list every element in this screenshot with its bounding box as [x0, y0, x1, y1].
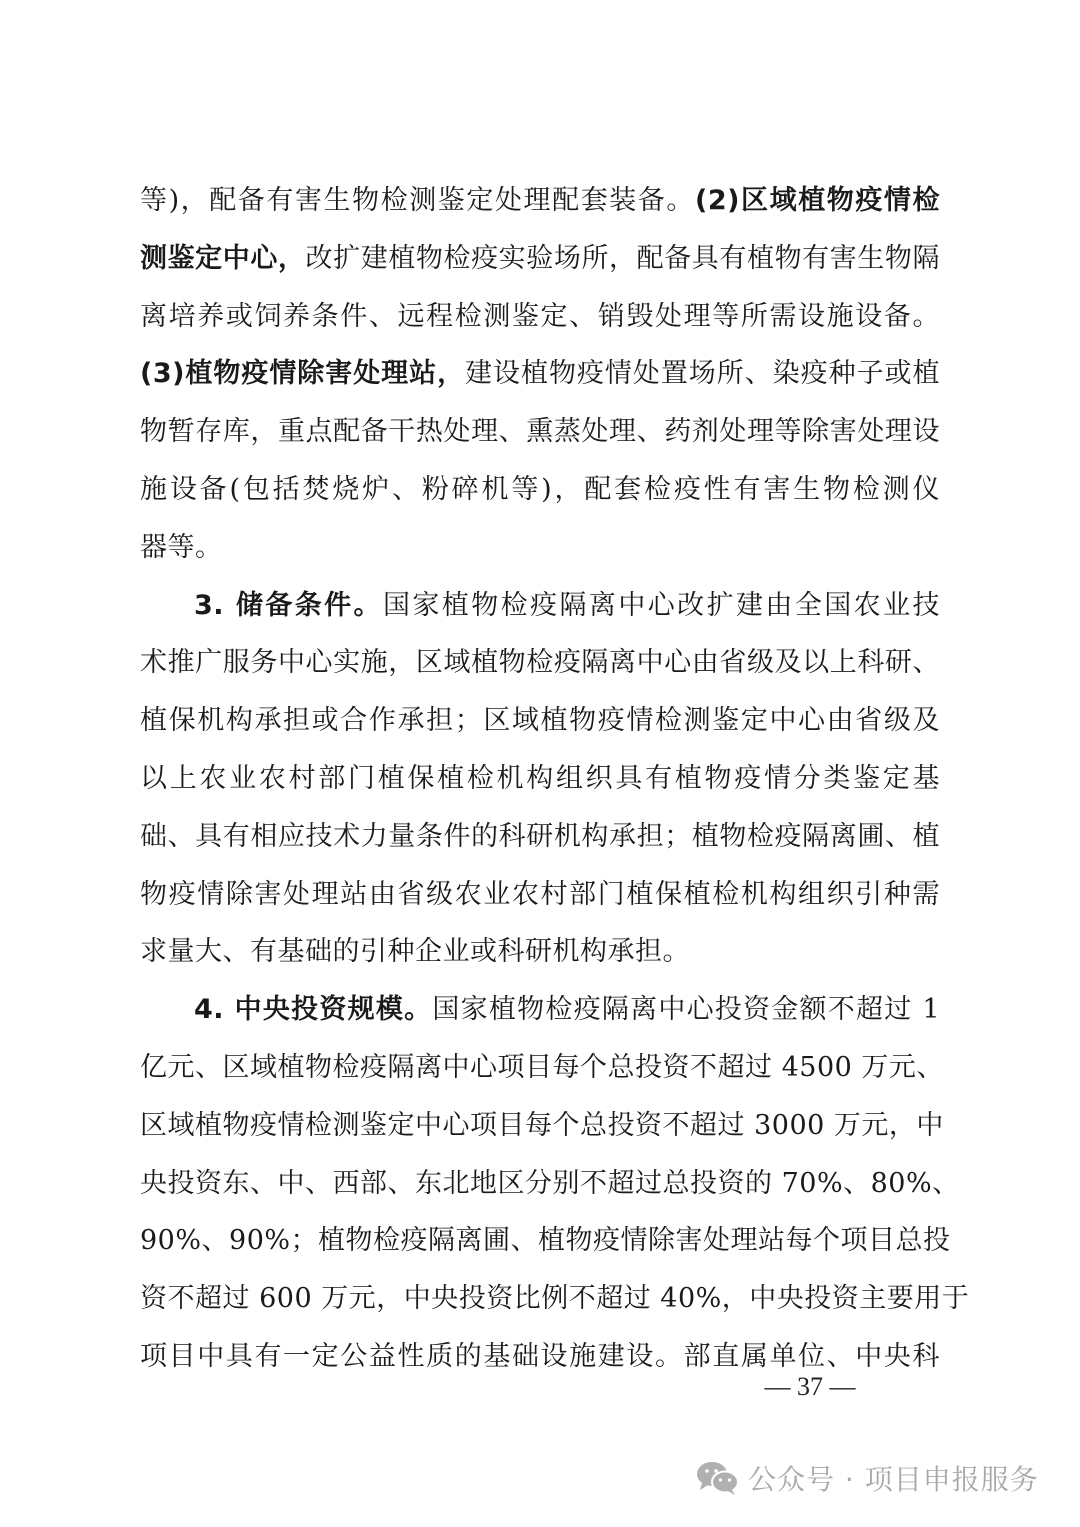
body-text: 离培养或饲养条件、远程检测鉴定、销毁处理等所需设施设备。 — [140, 301, 940, 332]
bold-heading-text: (3)植物疫情除害处理站， — [140, 358, 465, 389]
text-line: 术推广服务中心实施，区域植物检疫隔离中心由省级及以上科研、 — [140, 634, 940, 692]
body-text: 等)，配备有害生物检测鉴定处理配套装备。 — [140, 185, 695, 216]
body-text: 90%、90%；植物检疫隔离圃、植物疫情除害处理站每个项目总投 — [140, 1225, 951, 1256]
watermark-text: 公众号 · 项目申报服务 — [748, 1458, 1039, 1498]
body-text: 施设备(包括焚烧炉、粉碎机等)，配套检疫性有害生物检测仪 — [140, 474, 940, 505]
wechat-watermark: 公众号 · 项目申报服务 — [696, 1458, 1039, 1498]
text-line: 离培养或饲养条件、远程检测鉴定、销毁处理等所需设施设备。 — [140, 288, 940, 346]
document-body: 等)，配备有害生物检测鉴定处理配套装备。(2)区域植物疫情检测鉴定中心，改扩建植… — [140, 172, 940, 1386]
text-line: 区域植物疫情检测鉴定中心项目每个总投资不超过 3000 万元，中 — [140, 1097, 940, 1155]
body-text: 国家植物检疫隔离中心投资金额不超过 1 — [432, 994, 940, 1025]
body-text: 亿元、区域植物检疫隔离中心项目每个总投资不超过 4500 万元、 — [140, 1052, 944, 1083]
text-line: 物疫情除害处理站由省级农业农村部门植保植检机构组织引种需 — [140, 866, 940, 924]
text-line: 亿元、区域植物检疫隔离中心项目每个总投资不超过 4500 万元、 — [140, 1039, 940, 1097]
bold-heading-text: 测鉴定中心， — [140, 243, 306, 274]
text-line: 以上农业农村部门植保植检机构组织具有植物疫情分类鉴定基 — [140, 750, 940, 808]
text-line: 植保机构承担或合作承担；区域植物疫情检测鉴定中心由省级及 — [140, 692, 940, 750]
text-line: (3)植物疫情除害处理站，建设植物疫情处置场所、染疫种子或植 — [140, 345, 940, 403]
text-line: 央投资东、中、西部、东北地区分别不超过总投资的 70%、80%、 — [140, 1155, 940, 1213]
text-line: 资不超过 600 万元，中央投资比例不超过 40%，中央投资主要用于 — [140, 1270, 940, 1328]
text-line: 4. 中央投资规模。国家植物检疫隔离中心投资金额不超过 1 — [140, 981, 940, 1039]
body-text: 以上农业农村部门植保植检机构组织具有植物疫情分类鉴定基 — [140, 763, 940, 794]
text-line: 施设备(包括焚烧炉、粉碎机等)，配套检疫性有害生物检测仪 — [140, 461, 940, 519]
body-text: 建设植物疫情处置场所、染疫种子或植 — [465, 358, 940, 389]
wechat-icon — [696, 1460, 740, 1496]
body-text: 资不超过 600 万元，中央投资比例不超过 40%，中央投资主要用于 — [140, 1283, 969, 1314]
text-line: 求量大、有基础的引种企业或科研机构承担。 — [140, 923, 940, 981]
body-text: 改扩建植物检疫实验场所，配备具有植物有害生物隔 — [306, 243, 940, 274]
text-line: 测鉴定中心，改扩建植物检疫实验场所，配备具有植物有害生物隔 — [140, 230, 940, 288]
body-text: 物疫情除害处理站由省级农业农村部门植保植检机构组织引种需 — [140, 879, 940, 910]
text-line: 器等。 — [140, 519, 940, 577]
body-text: 国家植物检疫隔离中心改扩建由全国农业技 — [383, 590, 940, 621]
body-text: 植保机构承担或合作承担；区域植物疫情检测鉴定中心由省级及 — [140, 705, 940, 736]
body-text: 项目中具有一定公益性质的基础设施建设。部直属单位、中央科 — [140, 1341, 940, 1372]
text-line: 90%、90%；植物检疫隔离圃、植物疫情除害处理站每个项目总投 — [140, 1212, 940, 1270]
text-line: 物暂存库，重点配备干热处理、熏蒸处理、药剂处理等除害处理设 — [140, 403, 940, 461]
body-text: 础、具有相应技术力量条件的科研机构承担；植物检疫隔离圃、植 — [140, 821, 940, 852]
text-line: 3. 储备条件。国家植物检疫隔离中心改扩建由全国农业技 — [140, 577, 940, 635]
bold-heading-text: 4. 中央投资规模。 — [194, 994, 432, 1025]
bold-heading-text: 3. 储备条件。 — [194, 590, 383, 621]
body-text: 央投资东、中、西部、东北地区分别不超过总投资的 70%、80%、 — [140, 1168, 960, 1199]
body-text: 器等。 — [140, 532, 223, 563]
text-line: 础、具有相应技术力量条件的科研机构承担；植物检疫隔离圃、植 — [140, 808, 940, 866]
body-text: 求量大、有基础的引种企业或科研机构承担。 — [140, 936, 690, 967]
page-number: — 37 — — [765, 1372, 856, 1402]
bold-heading-text: (2)区域植物疫情检 — [695, 185, 940, 216]
body-text: 术推广服务中心实施，区域植物检疫隔离中心由省级及以上科研、 — [140, 647, 940, 678]
body-text: 物暂存库，重点配备干热处理、熏蒸处理、药剂处理等除害处理设 — [140, 416, 940, 447]
text-line: 等)，配备有害生物检测鉴定处理配套装备。(2)区域植物疫情检 — [140, 172, 940, 230]
body-text: 区域植物疫情检测鉴定中心项目每个总投资不超过 3000 万元，中 — [140, 1110, 944, 1141]
